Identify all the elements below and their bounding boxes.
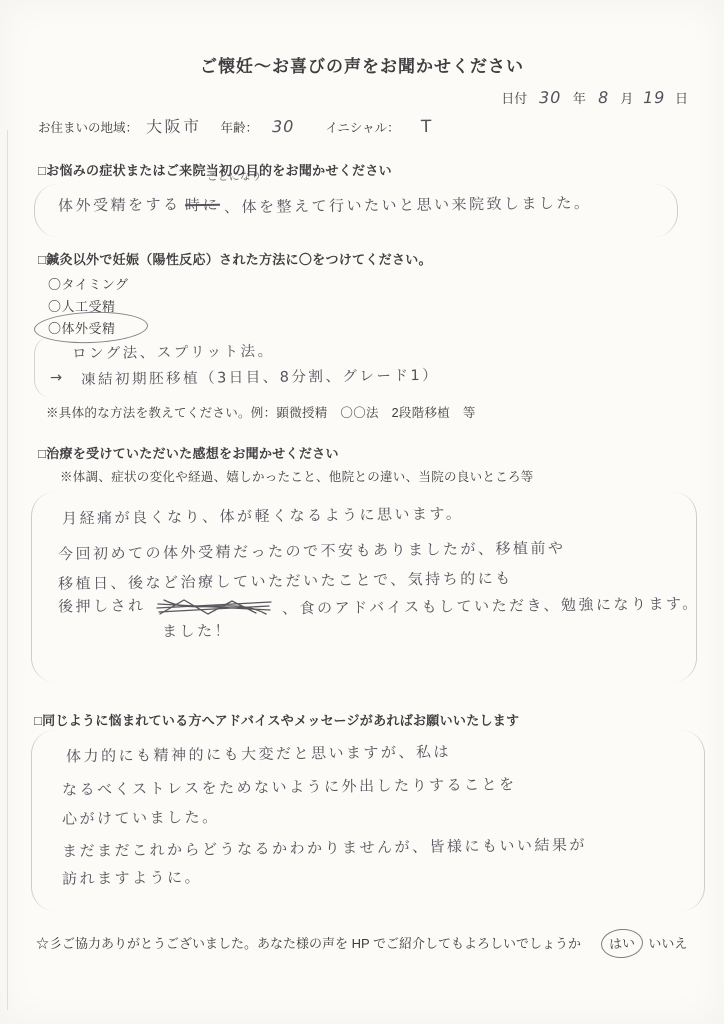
date-row: 日付 30 年 8 月 19 日 [501,88,688,107]
age-label: 年齢： [221,121,259,135]
scribble-strikeout [154,596,274,618]
date-year-unit: 年 [573,91,586,106]
date-day-unit: 日 [675,91,688,106]
date-month-value: 8 [597,88,608,107]
scanned-questionnaire-page: ご懐妊〜お喜びの声をお聞かせください 日付 30 年 8 月 19 日 お住まい… [0,0,724,1024]
q3-heading: □治療を受けていただいた感想をお聞かせください [38,443,339,462]
q2-hint: ※具体的な方法を教えてください。例：顕微授精 〇〇法 2段階移植 等 [46,403,476,421]
q1-crossed-out-text: 時に [185,194,220,215]
region-label: お住まいの地域： [38,121,138,135]
footer-text: ☆彡ご協力ありがとうございました。あなた様の声を HP でご紹介してもよろしいで… [36,936,581,951]
age-value: 30 [271,117,294,136]
scan-artifact-line [7,130,8,1010]
yes-circle: はい [600,928,644,960]
q2-notes-line2-row: → 凍結初期胚移植（3日目、8分割、グレード1） [50,366,439,387]
date-day-value: 19 [643,88,666,107]
q3-line4-post: 、食のアドバイスもしていただき、勉強になります。 [282,592,700,618]
q1-answer-pre: 体外受精をする [58,193,181,215]
page-title: ご懐妊〜お喜びの声をお聞かせください [0,52,724,77]
initial-label: イニシャル： [325,121,399,135]
date-month-unit: 月 [620,91,633,106]
q2-notes-line1: ロング法、スプリット法。 [72,340,275,363]
q3-line5-correction: ました！ [162,620,232,642]
q3-line4-row: 後押しされ 、食のアドバイスもしていただき、勉強になります。 [58,595,700,618]
q2-notes-line2: 凍結初期胚移植（3日目、8分割、グレード1） [81,364,439,389]
q4-line5: 訪れますように。 [62,866,202,889]
q3-subnote: ※体調、症状の変化や経過、嬉しかったこと、他院との違い、当院の良いところ等 [60,467,534,485]
q2-heading: □鍼灸以外で妊娠（陽性反応）された方法に〇をつけてください。 [38,249,432,268]
date-year-value: 30 [539,88,562,107]
profile-row: お住まいの地域： 大阪市 年齢： 30 イニシャル： T [38,114,434,137]
q4-line3: 心がけていました。 [62,806,220,829]
q1-insertion-note: ことになり [207,169,262,185]
q1-answer-post: 、体を整えて行いたいと思い来院致しました。 [224,192,592,217]
footer-row: ☆彡ご協力ありがとうございました。あなた様の声を HP でご紹介してもよろしいで… [36,929,687,958]
region-value: 大阪市 [145,114,201,138]
q4-heading: □同じように悩まれている方へアドバイスやメッセージがあればお願いいたします [34,710,519,729]
handwritten-arrow: → [50,370,65,386]
footer-yes: はい [608,935,635,952]
initial-value: T [421,117,434,137]
q1-answer: 体外受精をする 時に 、体を整えて行いたいと思い来院致しました。 [58,194,592,215]
q3-line4-pre: 後押しされ [58,594,146,616]
date-label: 日付 [501,91,527,106]
option-timing: 〇タイミング [48,274,128,293]
footer-no: いいえ [648,936,687,951]
